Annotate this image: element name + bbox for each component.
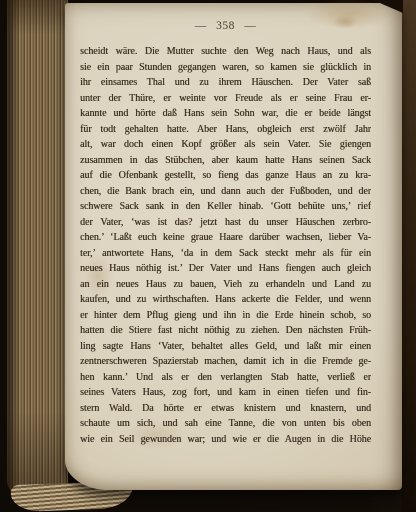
- text-line: kaufen, und zu wirthschaften. Hans acker…: [80, 292, 371, 308]
- text-line: wie ein Seil gewunden war; und wie er di…: [80, 432, 371, 448]
- text-line: ihr einsames Thal und zu ihrem Häuschen.…: [80, 75, 371, 91]
- text-line: schaute um sich, und sah eine Tanne, die…: [80, 416, 371, 432]
- text-line: sie ein paar Stunden gegangen waren, so …: [80, 60, 371, 76]
- text-line: ter,’ antwortete Hans, ‘da in dem Sack s…: [80, 246, 371, 262]
- text-line: chen, die Bank brach ein, und dann auch …: [80, 184, 371, 200]
- text-line: er hinter dem Pflug gieng und ihn in die…: [80, 308, 371, 324]
- text-line: alt, war doch einen Kopf größer als sein…: [80, 137, 371, 153]
- text-line: schwere Sack sank in den Keller hinab. ‘…: [80, 199, 371, 215]
- text-line: unter der Thüre, er weinte vor Freude al…: [80, 91, 371, 107]
- text-line: scheidt wäre. Die Mutter suchte den Weg …: [80, 44, 371, 60]
- text-line: kannte und hörte daß Hans sein Sohn war,…: [80, 106, 371, 122]
- text-line: seines Vaters Haus, zog fort, und kam in…: [80, 385, 371, 401]
- book-photo: — 358 — scheidt wäre. Die Mutter suchte …: [0, 0, 416, 512]
- text-line: an ein neues Haus zu bauen, Vieh zu erha…: [80, 277, 371, 293]
- text-line: chen.’ ‘Laßt euch keine graue Haare darü…: [80, 230, 371, 246]
- text-line: auf die Ofenbank gestellt, so fieng das …: [80, 168, 371, 184]
- text-line: hatten die Stiere fast nicht nöthig zu z…: [80, 323, 371, 339]
- text-line: für todt gehalten hatte. Aber Hans, obgl…: [80, 122, 371, 138]
- page-text: scheidt wäre. Die Mutter suchte den Weg …: [80, 44, 371, 447]
- text-line: der Vater, ‘was ist das? jetzt hast du u…: [80, 215, 371, 231]
- text-line: stern Wald. Da hörte er etwas knistern u…: [80, 401, 371, 417]
- page-number: — 358 —: [80, 20, 371, 32]
- text-line: zusammen in das Stübchen, aber kaum hatt…: [80, 153, 371, 169]
- text-line: neues Haus nöthig ist.’ Der Vater und Ha…: [80, 261, 371, 277]
- book-page: — 358 — scheidt wäre. Die Mutter suchte …: [65, 3, 402, 490]
- text-line: zentnerschweren Spazierstab machen, dami…: [80, 354, 371, 370]
- text-line: ling sagte Hans ‘Vater, behaltet alles G…: [80, 339, 371, 355]
- book-fore-edge: [7, 0, 68, 502]
- book-spine-gutter: [401, 0, 416, 512]
- text-line: hen kann.’ Und als er den verlangten Sta…: [80, 370, 371, 386]
